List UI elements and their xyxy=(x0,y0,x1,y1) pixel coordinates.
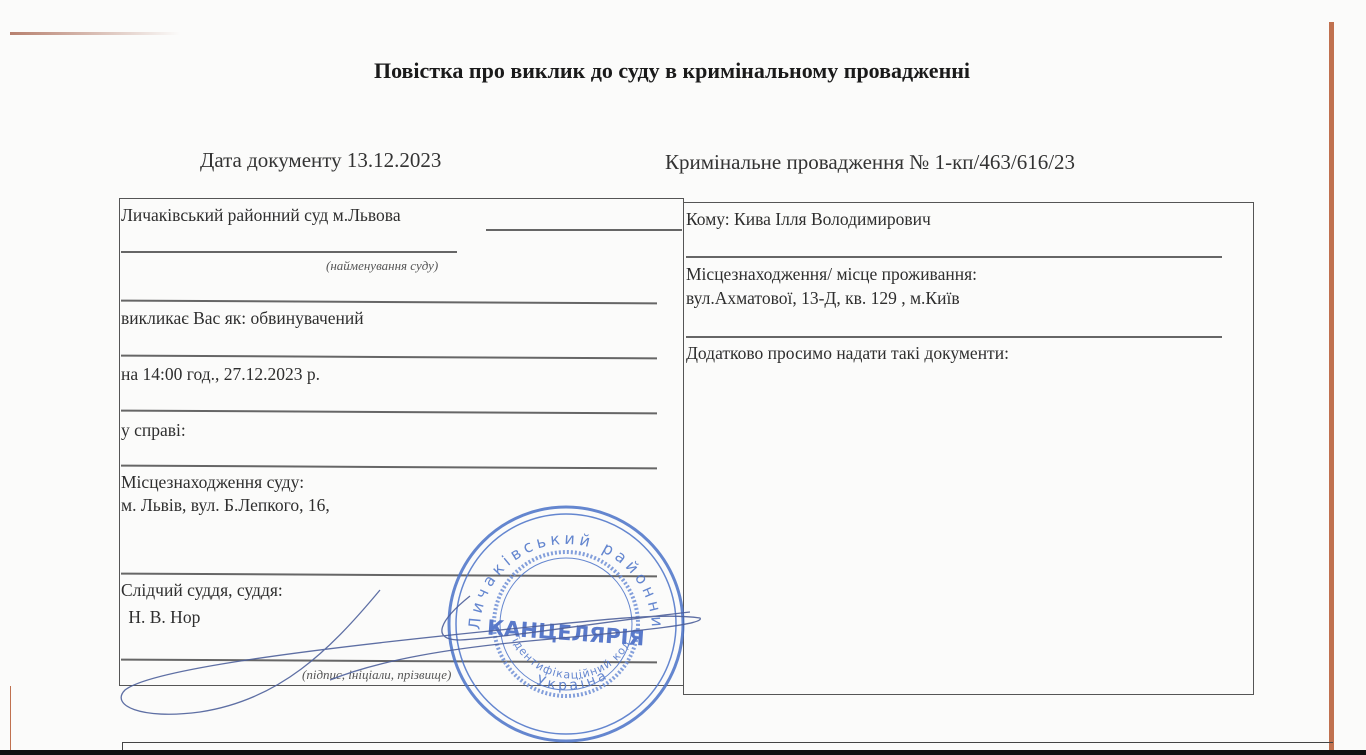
svg-text:Личаківський районний суд м. Л: Личаківський районний суд м. Львова xyxy=(0,0,667,631)
summons-document: Повістка про виклик до суду в кримінальн… xyxy=(0,0,1366,755)
stamp-and-signature: Личаківський районний суд м. Львова Укра… xyxy=(0,0,1366,755)
stamp-icon: Личаківський районний суд м. Львова Укра… xyxy=(0,0,683,741)
svg-text:ідентифікаційний код 37444229: ідентифікаційний код 37444229 xyxy=(0,0,636,682)
